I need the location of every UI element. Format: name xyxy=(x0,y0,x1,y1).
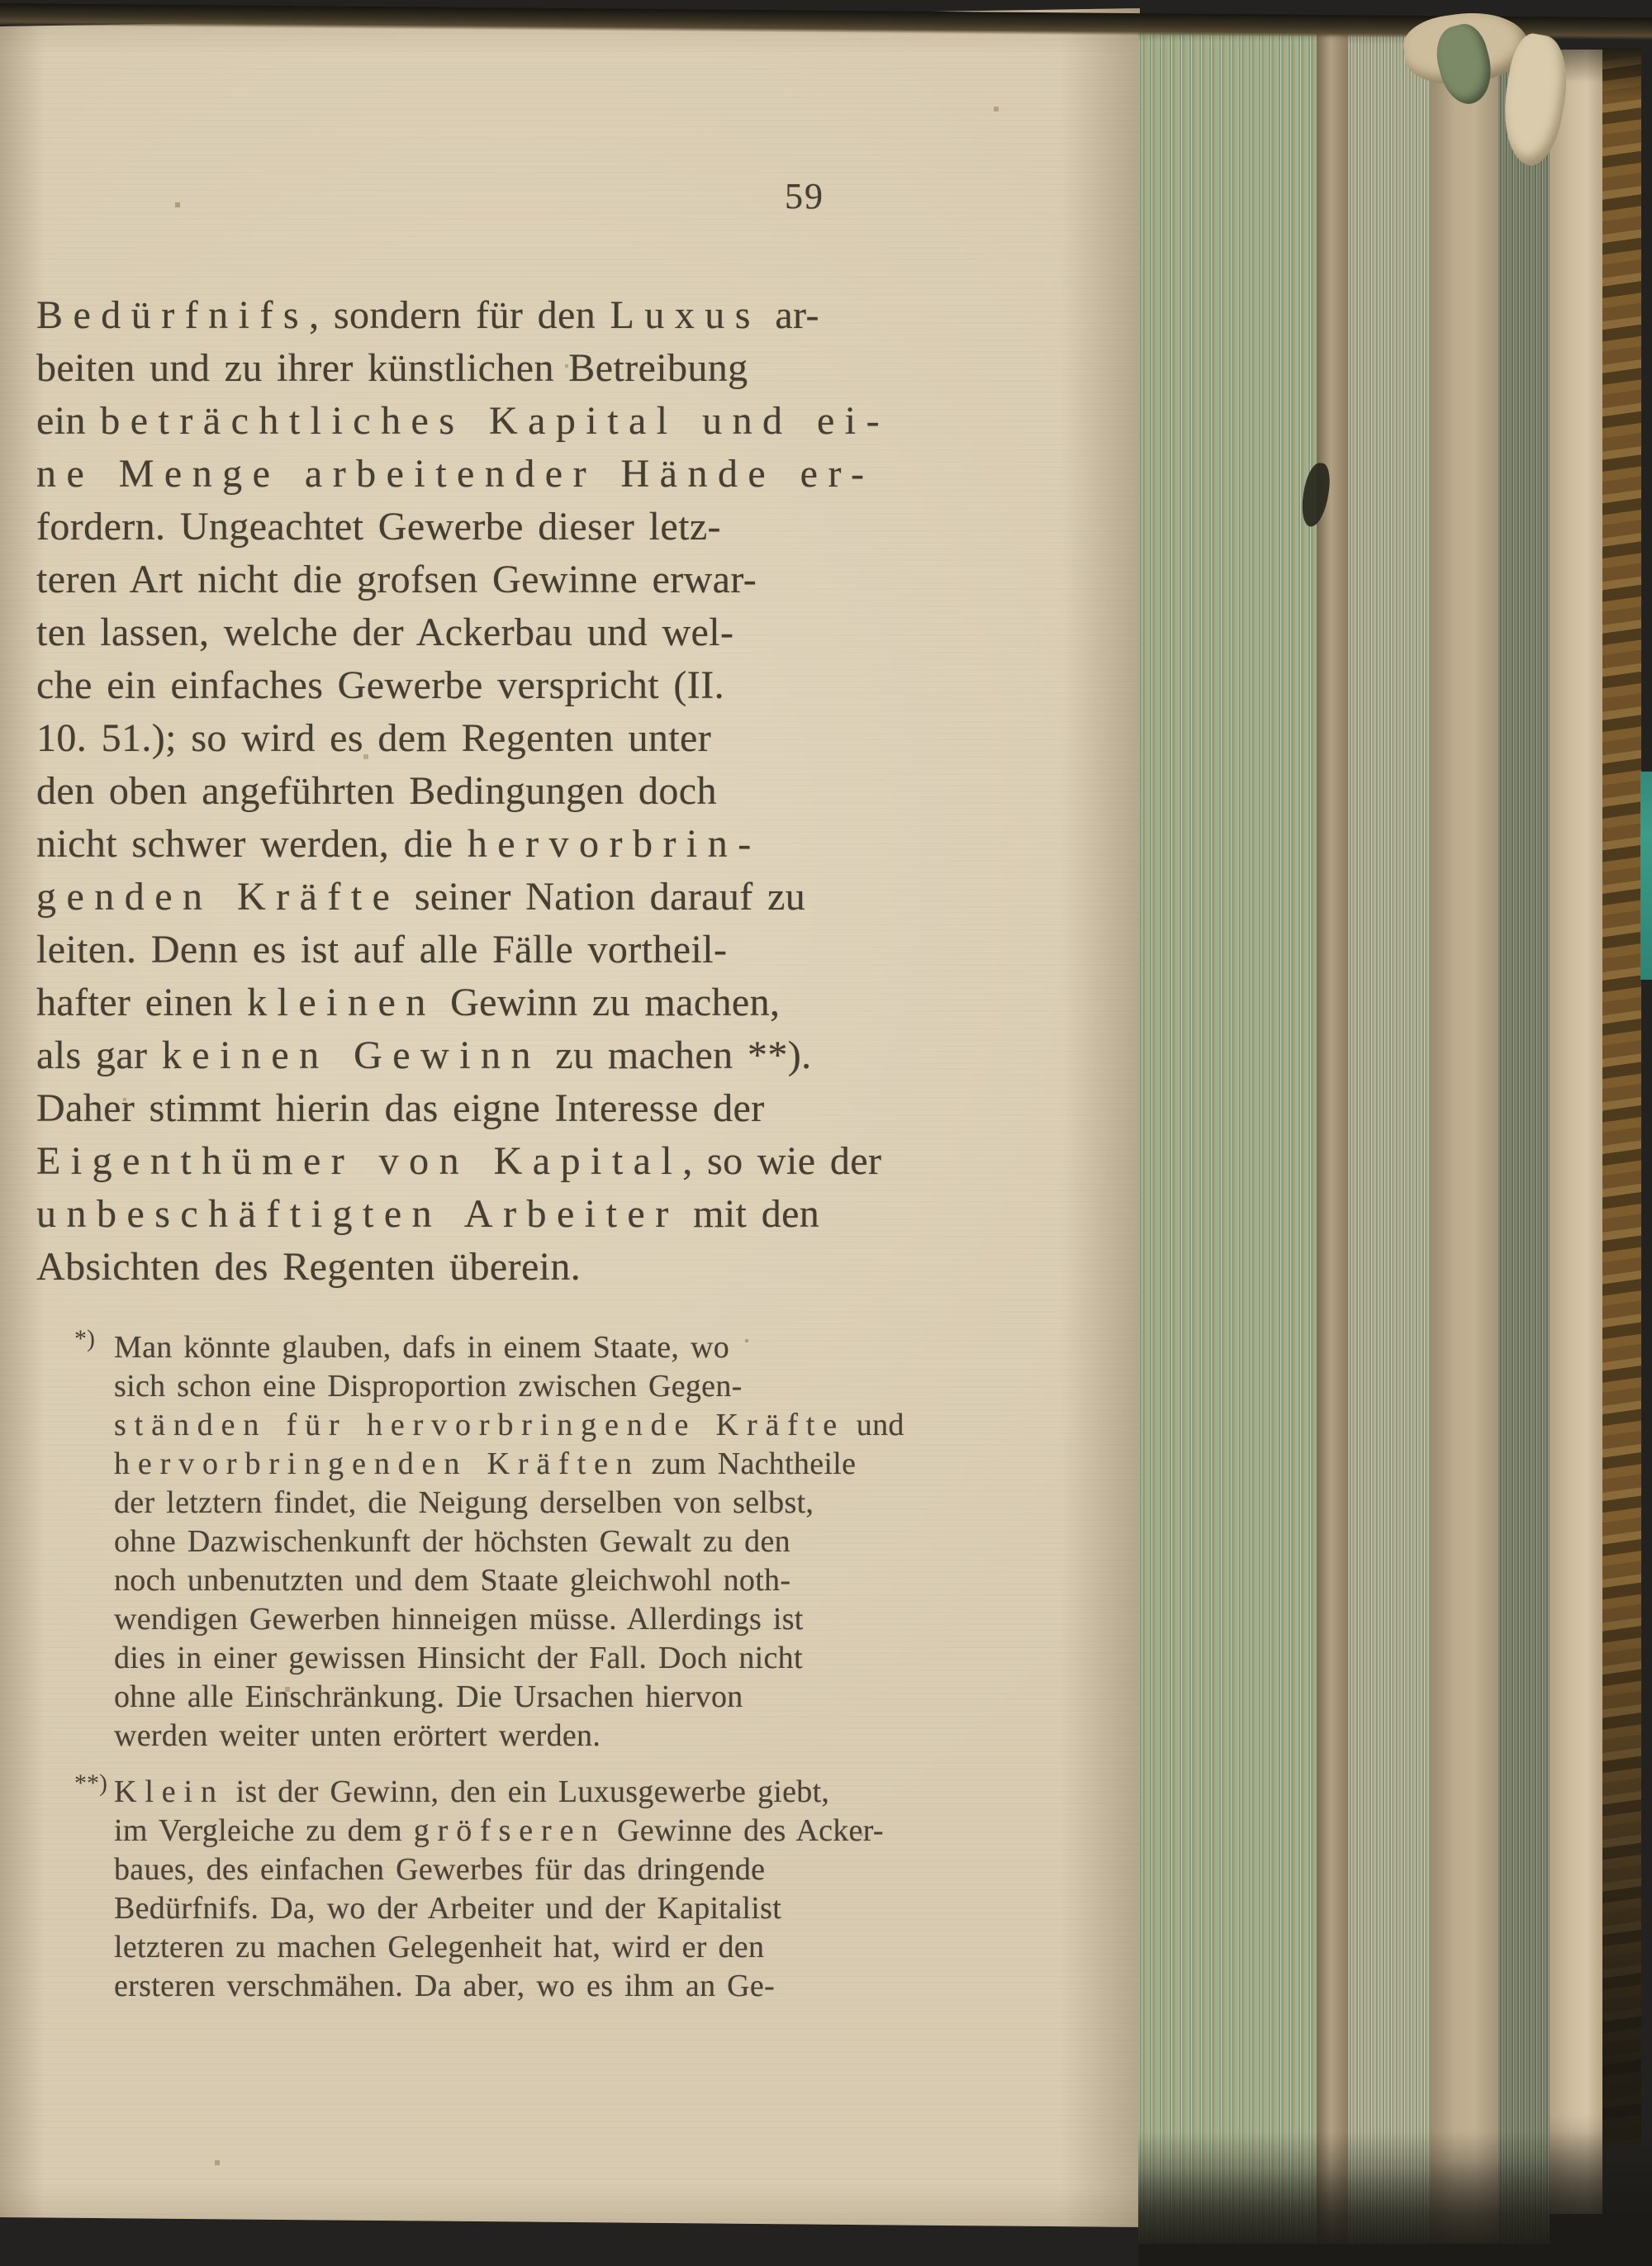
footnote-2: **) Klein ist der Gewinn, den ein Luxusg… xyxy=(74,1773,1049,2006)
text-line: leiten. Denn es ist auf alle Fälle vorth… xyxy=(36,924,1077,976)
footnote-1-text: Man könnte glauben, dafs in einem Staate… xyxy=(114,1328,1049,1755)
text-line: Daher stimmt hierin das eigne Interesse … xyxy=(36,1082,1077,1135)
text-line: ein beträchtliches Kapital und ei- xyxy=(36,395,1077,448)
text-line: hervorbringenden Kräften zum Nachtheile xyxy=(114,1445,1049,1484)
text-line: nicht schwer werden, die hervorbrin- xyxy=(36,818,1077,871)
text-line: den oben angeführten Bedingungen doch xyxy=(36,765,1077,818)
text-line: ständen für hervorbringende Kräfte und xyxy=(114,1406,1049,1445)
text-line: hafter einen kleinen Gewinn zu machen, xyxy=(36,976,1077,1029)
text-line: 10. 51.); so wird es dem Regenten unter xyxy=(36,712,1077,765)
footnote-1-marker: *) xyxy=(74,1325,95,1353)
text-line: Bedürfnifs. Da, wo der Arbeiter und der … xyxy=(114,1889,1049,1928)
text-line: letzteren zu machen Gelegenheit hat, wir… xyxy=(114,1928,1049,1967)
text-line: baues, des einfachen Gewerbes für das dr… xyxy=(114,1850,1049,1889)
text-line: genden Kräfte seiner Nation darauf zu xyxy=(36,871,1077,924)
text-line: che ein einfaches Gewerbe verspricht (II… xyxy=(36,659,1077,712)
text-line: ne Menge arbeitender Hände er- xyxy=(36,448,1077,501)
text-line: wendigen Gewerben hinneigen müsse. Aller… xyxy=(114,1600,1049,1639)
text-line: Absichten des Regenten überein. xyxy=(36,1241,1077,1294)
text-line: im Vergleiche zu dem gröfseren Gewinne d… xyxy=(114,1812,1049,1850)
page-number: 59 xyxy=(785,175,824,217)
book-scan-photo: 59 Bedürfnifs, sondern für den Luxus ar-… xyxy=(0,0,1652,2266)
text-line: Bedürfnifs, sondern für den Luxus ar- xyxy=(36,289,1077,342)
main-text-block: Bedürfnifs, sondern für den Luxus ar-bei… xyxy=(36,289,1077,1294)
text-line: ohne alle Einschränkung. Die Ursachen hi… xyxy=(114,1678,1049,1717)
text-line: ten lassen, welche der Ackerbau und wel- xyxy=(36,606,1077,659)
text-line: Klein ist der Gewinn, den ein Luxusgewer… xyxy=(114,1773,1049,1812)
text-line: sich schon eine Disproportion zwischen G… xyxy=(114,1367,1049,1406)
text-line: Man könnte glauben, dafs in einem Staate… xyxy=(114,1328,1049,1367)
footnote-1: *) Man könnte glauben, dafs in einem Sta… xyxy=(74,1328,1049,1755)
text-line: der letztern findet, die Neigung derselb… xyxy=(114,1484,1049,1523)
footnote-2-marker: **) xyxy=(74,1770,107,1798)
text-line: werden weiter unten erörtert werden. xyxy=(114,1717,1049,1755)
text-line: noch unbenutzten und dem Staate gleichwo… xyxy=(114,1561,1049,1600)
text-line: dies in einer gewissen Hinsicht der Fall… xyxy=(114,1639,1049,1678)
printed-content: 59 Bedürfnifs, sondern für den Luxus ar-… xyxy=(0,0,1652,2266)
text-line: ersteren verschmähen. Da aber, wo es ihm… xyxy=(114,1967,1049,2006)
footnotes-block: *) Man könnte glauben, dafs in einem Sta… xyxy=(74,1328,1049,2023)
text-line: Eigenthümer von Kapital, so wie der xyxy=(36,1135,1077,1188)
text-line: ohne Dazwischenkunft der höchsten Gewalt… xyxy=(114,1523,1049,1561)
text-line: als gar keinen Gewinn zu machen **). xyxy=(36,1029,1077,1082)
footnote-2-text: Klein ist der Gewinn, den ein Luxusgewer… xyxy=(114,1773,1049,2006)
text-line: teren Art nicht die grofsen Gewinne erwa… xyxy=(36,553,1077,606)
text-line: fordern. Ungeachtet Gewerbe dieser letz- xyxy=(36,501,1077,553)
text-line: beiten und zu ihrer künstlichen Betreibu… xyxy=(36,342,1077,395)
text-line: unbeschäftigten Arbeiter mit den xyxy=(36,1188,1077,1241)
